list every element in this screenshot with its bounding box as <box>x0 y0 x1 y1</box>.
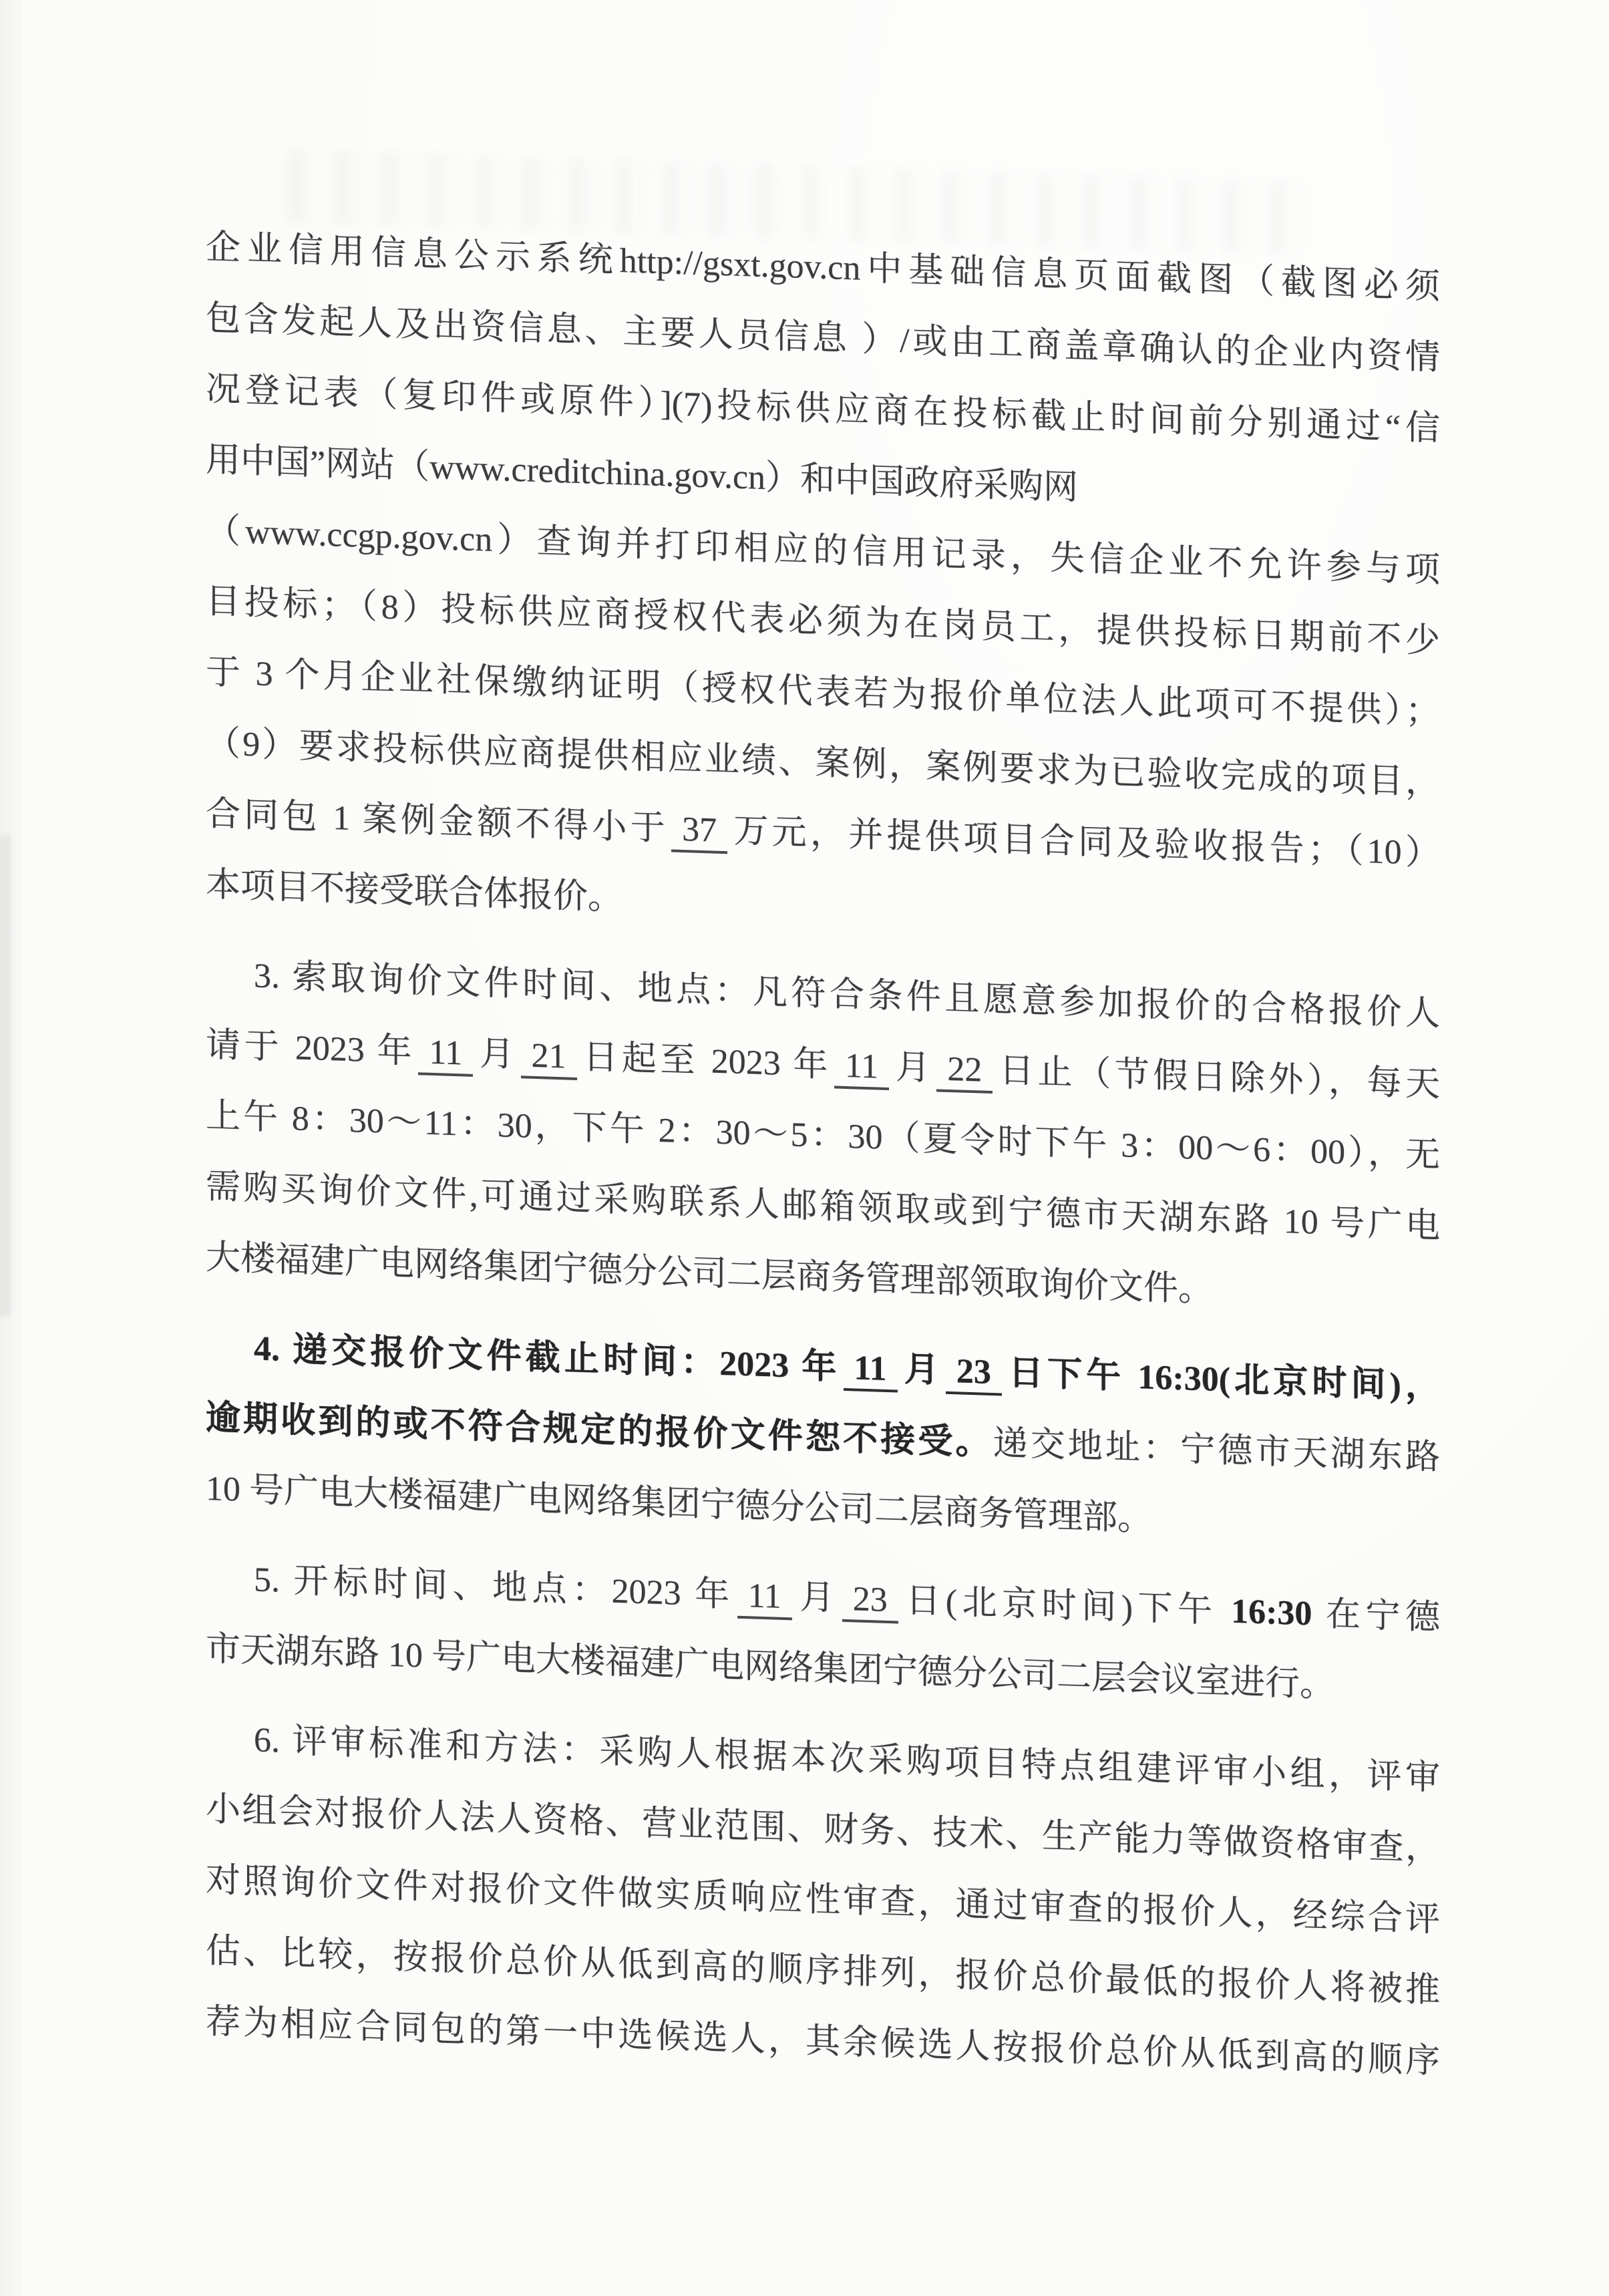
text-segment: 月 <box>892 1048 934 1088</box>
underlined-value: 22 <box>936 1049 993 1094</box>
text-segment: 日下午 16:30(北京时间)， <box>1005 1354 1440 1406</box>
text-segment: 逾期收到的或不符合规定的报价文件恕不接受。 <box>206 1399 993 1462</box>
underlined-value: 23 <box>842 1580 898 1624</box>
underlined-value: 37 <box>671 810 727 854</box>
underlined-value: 11 <box>844 1349 898 1393</box>
text-segment: 递交地址：宁德市天湖东路 <box>993 1424 1440 1477</box>
text-segment: 用中国”网站（www.creditchina.gov.cn）和中国政府采购网 <box>206 441 1078 507</box>
text-segment: 万元，并提供项目合同及验收报告；（10） <box>730 812 1440 872</box>
text-segment: 日止（节假日除外），每天 <box>995 1051 1440 1104</box>
underlined-value: 11 <box>737 1577 792 1621</box>
text-segment: 月 <box>795 1578 840 1617</box>
text-segment: 10 号广电大楼福建广电网络集团宁德分公司二层商务管理部。 <box>206 1470 1152 1538</box>
document-page: 企业信用信息公示系统http://gsxt.gov.cn中基础信息页面截图（截图… <box>0 0 1609 2296</box>
text-segment: 4. 递交报价文件截止时间：2023 年 <box>254 1329 841 1386</box>
text-segment: 合同包 1 案例金额不得小于 <box>206 795 669 848</box>
text-segment: 5. 开标时间、地点：2023 年 <box>254 1561 735 1614</box>
text-segment: 在宁德 <box>1312 1595 1440 1637</box>
text-segment: 本项目不接受联合体报价。 <box>206 866 622 917</box>
text-segment: 16:30 <box>1231 1593 1312 1633</box>
underlined-value: 11 <box>418 1033 473 1077</box>
text-segment: 请于 2023 年 <box>206 1026 415 1071</box>
scan-side-smudge <box>0 835 11 1316</box>
underlined-value: 11 <box>834 1046 889 1090</box>
text-segment: 日(北京时间)下午 <box>901 1582 1231 1631</box>
underlined-value: 23 <box>946 1352 1002 1396</box>
document-text: 企业信用信息公示系统http://gsxt.gov.cn中基础信息页面截图（截图… <box>206 212 1440 2098</box>
underlined-value: 21 <box>521 1036 577 1080</box>
text-segment: 月 <box>476 1035 518 1074</box>
text-segment: 日起至 2023 年 <box>580 1038 832 1084</box>
text-segment: 月 <box>900 1351 943 1390</box>
